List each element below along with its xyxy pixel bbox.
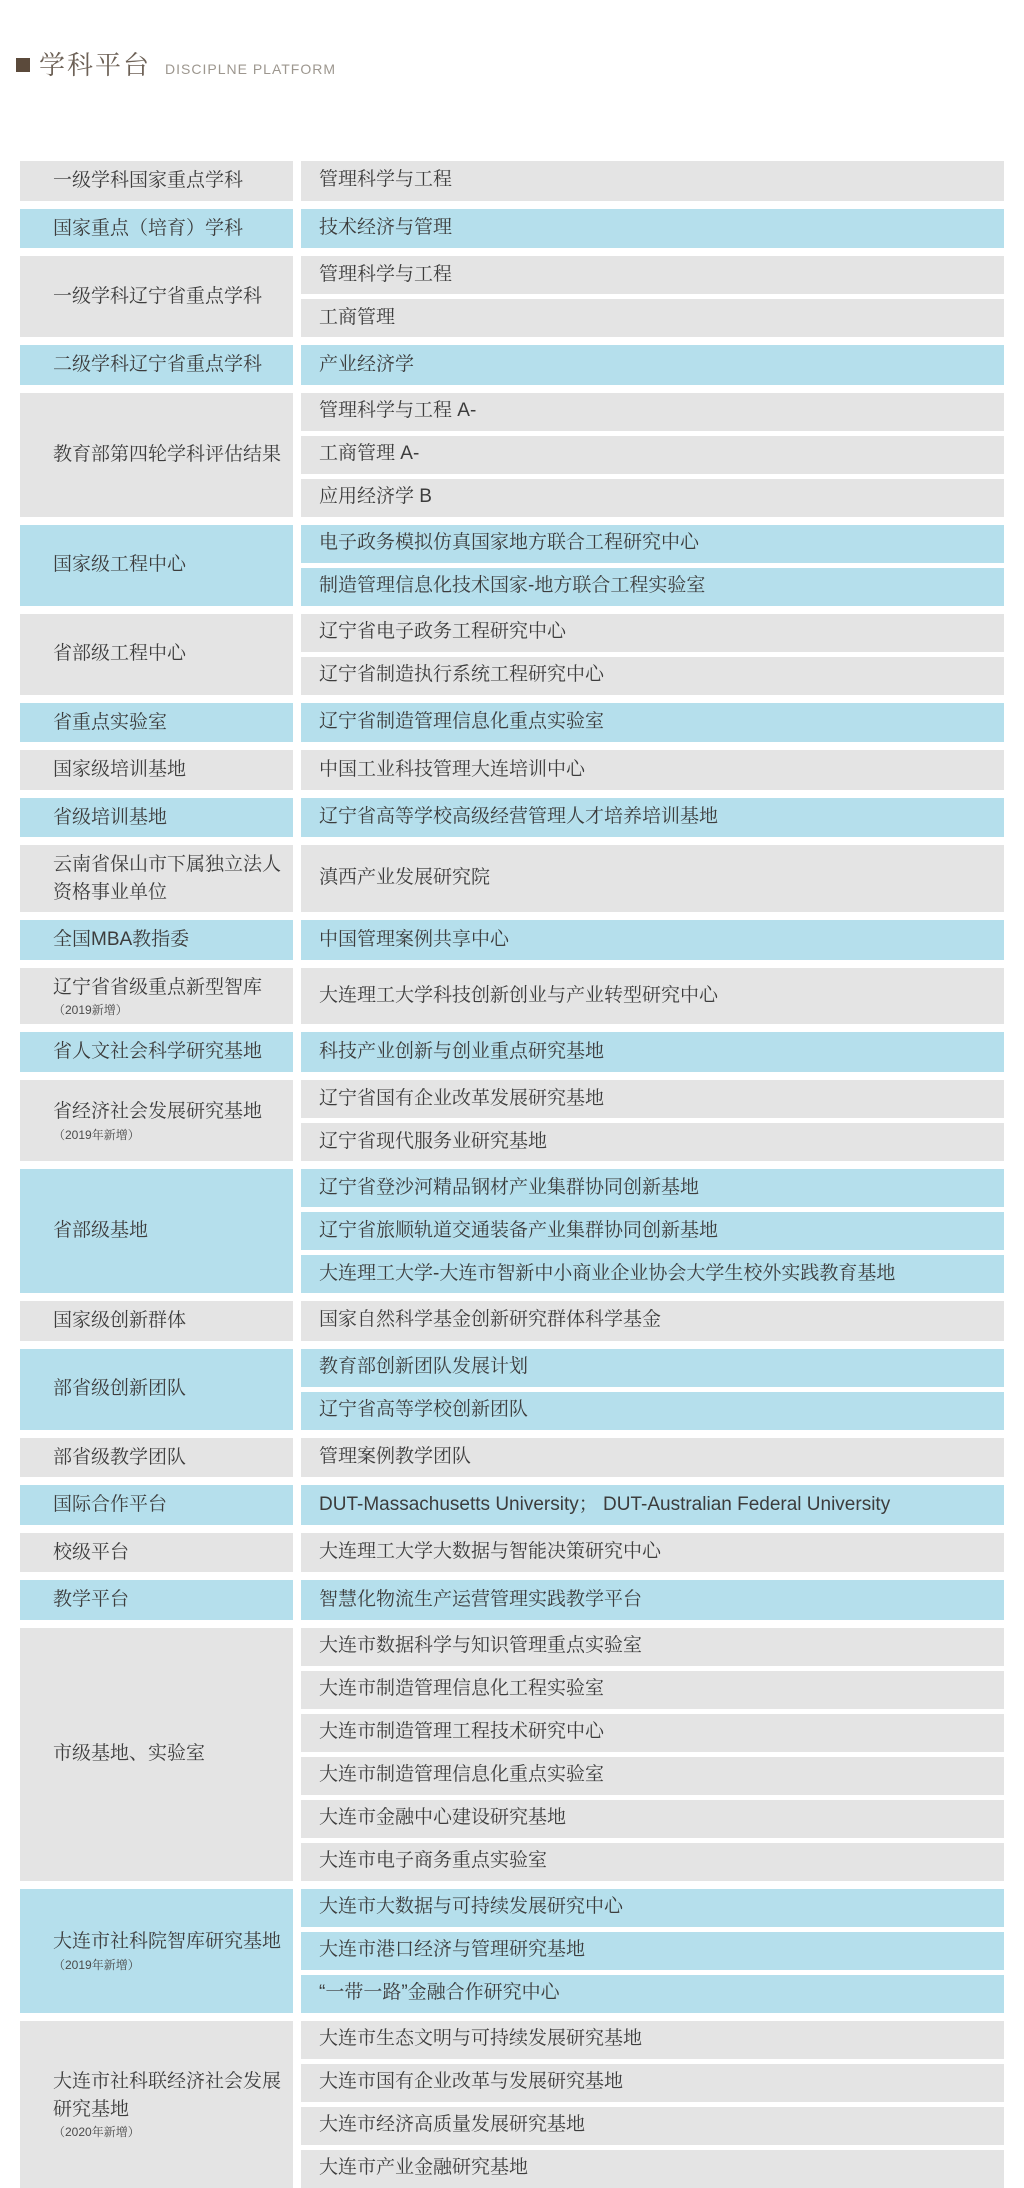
table-row: 省经济社会发展研究基地（2019年新增）辽宁省国有企业改革发展研究基地辽宁省现代… <box>20 1080 1004 1161</box>
row-values: 电子政务模拟仿真国家地方联合工程研究中心制造管理信息化技术国家-地方联合工程实验… <box>301 525 1004 606</box>
table-row: 一级学科国家重点学科管理科学与工程 <box>20 161 1004 201</box>
row-value: 大连理工大学大数据与智能决策研究中心 <box>301 1533 1004 1573</box>
table-row: 辽宁省省级重点新型智库（2019新增）大连理工大学科技创新创业与产业转型研究中心 <box>20 968 1004 1025</box>
row-label-text: 省部级基地 <box>53 1217 283 1245</box>
row-label: 二级学科辽宁省重点学科 <box>20 345 293 385</box>
row-value: 大连市数据科学与知识管理重点实验室 <box>301 1628 1004 1666</box>
row-values: 辽宁省高等学校高级经营管理人才培养培训基地 <box>301 798 1004 838</box>
row-value: 管理科学与工程 <box>301 161 1004 201</box>
row-label: 国家级培训基地 <box>20 750 293 790</box>
row-value: “一带一路”金融合作研究中心 <box>301 1975 1004 2013</box>
row-label-text: 国家级工程中心 <box>53 551 283 579</box>
row-label-note: （2019新增） <box>53 1003 283 1018</box>
row-values: 中国管理案例共享中心 <box>301 920 1004 960</box>
row-value: 制造管理信息化技术国家-地方联合工程实验室 <box>301 568 1004 606</box>
row-values: 技术经济与管理 <box>301 209 1004 249</box>
row-values: 大连市大数据与可持续发展研究中心大连市港口经济与管理研究基地“一带一路”金融合作… <box>301 1889 1004 2013</box>
row-value: 工商管理 <box>301 299 1004 337</box>
row-value: 大连市经济高质量发展研究基地 <box>301 2107 1004 2145</box>
row-value: 国家自然科学基金创新研究群体科学基金 <box>301 1301 1004 1341</box>
row-values: 辽宁省国有企业改革发展研究基地辽宁省现代服务业研究基地 <box>301 1080 1004 1161</box>
row-value: 大连市港口经济与管理研究基地 <box>301 1932 1004 1970</box>
table-row: 二级学科辽宁省重点学科产业经济学 <box>20 345 1004 385</box>
row-values: 辽宁省制造管理信息化重点实验室 <box>301 703 1004 743</box>
row-label: 省级培训基地 <box>20 798 293 838</box>
row-value: 管理科学与工程 <box>301 256 1004 294</box>
discipline-platform-table: 一级学科国家重点学科管理科学与工程国家重点（培育）学科技术经济与管理一级学科辽宁… <box>20 161 1004 2188</box>
row-values: 产业经济学 <box>301 345 1004 385</box>
row-label: 全国MBA教指委 <box>20 920 293 960</box>
row-label-text: 教育部第四轮学科评估结果 <box>53 441 283 469</box>
row-value: 辽宁省现代服务业研究基地 <box>301 1123 1004 1161</box>
row-label-note: （2020年新增） <box>53 2125 283 2140</box>
row-values: 管理案例教学团队 <box>301 1438 1004 1478</box>
row-label: 省经济社会发展研究基地（2019年新增） <box>20 1080 293 1161</box>
table-row: 国家重点（培育）学科技术经济与管理 <box>20 209 1004 249</box>
row-values: 管理科学与工程 <box>301 161 1004 201</box>
row-value: 大连理工大学科技创新创业与产业转型研究中心 <box>301 968 1004 1025</box>
row-label-text: 国际合作平台 <box>53 1491 283 1519</box>
row-label: 部省级教学团队 <box>20 1438 293 1478</box>
row-value: 辽宁省高等学校创新团队 <box>301 1392 1004 1430</box>
row-value: 中国工业科技管理大连培训中心 <box>301 750 1004 790</box>
row-value: 管理案例教学团队 <box>301 1438 1004 1478</box>
row-value: 大连市金融中心建设研究基地 <box>301 1800 1004 1838</box>
row-label-text: 国家级培训基地 <box>53 756 283 784</box>
table-row: 市级基地、实验室大连市数据科学与知识管理重点实验室大连市制造管理信息化工程实验室… <box>20 1628 1004 1881</box>
row-label-text: 大连市社科院智库研究基地 <box>53 1928 283 1956</box>
row-label: 一级学科国家重点学科 <box>20 161 293 201</box>
table-row: 国家级培训基地中国工业科技管理大连培训中心 <box>20 750 1004 790</box>
row-values: DUT-Massachusetts University； DUT-Austra… <box>301 1485 1004 1525</box>
table-row: 教育部第四轮学科评估结果管理科学与工程 A-工商管理 A-应用经济学 B <box>20 393 1004 517</box>
row-value: DUT-Massachusetts University； DUT-Austra… <box>301 1485 1004 1525</box>
row-label: 大连市社科联经济社会发展研究基地（2020年新增） <box>20 2021 293 2188</box>
row-label-text: 省级培训基地 <box>53 804 283 832</box>
table-row: 云南省保山市下属独立法人资格事业单位滇西产业发展研究院 <box>20 845 1004 912</box>
row-label-text: 省部级工程中心 <box>53 640 283 668</box>
row-label: 国家级工程中心 <box>20 525 293 606</box>
row-value: 辽宁省国有企业改革发展研究基地 <box>301 1080 1004 1118</box>
row-value: 应用经济学 B <box>301 479 1004 517</box>
row-label: 校级平台 <box>20 1533 293 1573</box>
row-values: 大连市生态文明与可持续发展研究基地大连市国有企业改革与发展研究基地大连市经济高质… <box>301 2021 1004 2188</box>
row-value: 智慧化物流生产运营管理实践教学平台 <box>301 1580 1004 1620</box>
row-label-note: （2019年新增） <box>53 1128 283 1143</box>
row-label: 省部级工程中心 <box>20 614 293 695</box>
row-value: 大连市电子商务重点实验室 <box>301 1843 1004 1881</box>
row-values: 教育部创新团队发展计划辽宁省高等学校创新团队 <box>301 1349 1004 1430</box>
row-label-text: 教学平台 <box>53 1586 283 1614</box>
table-row: 部省级创新团队教育部创新团队发展计划辽宁省高等学校创新团队 <box>20 1349 1004 1430</box>
row-value: 大连市生态文明与可持续发展研究基地 <box>301 2021 1004 2059</box>
row-label: 大连市社科院智库研究基地（2019年新增） <box>20 1889 293 2013</box>
row-label: 国家级创新群体 <box>20 1301 293 1341</box>
row-label: 教育部第四轮学科评估结果 <box>20 393 293 517</box>
table-row: 全国MBA教指委中国管理案例共享中心 <box>20 920 1004 960</box>
row-values: 辽宁省登沙河精品钢材产业集群协同创新基地辽宁省旅顺轨道交通装备产业集群协同创新基… <box>301 1169 1004 1293</box>
row-label-text: 辽宁省省级重点新型智库 <box>53 974 283 1002</box>
row-values: 大连理工大学科技创新创业与产业转型研究中心 <box>301 968 1004 1025</box>
row-label: 省人文社会科学研究基地 <box>20 1032 293 1072</box>
row-values: 科技产业创新与创业重点研究基地 <box>301 1032 1004 1072</box>
table-row: 国家级工程中心电子政务模拟仿真国家地方联合工程研究中心制造管理信息化技术国家-地… <box>20 525 1004 606</box>
row-label-text: 云南省保山市下属独立法人资格事业单位 <box>53 851 283 906</box>
row-values: 管理科学与工程 A-工商管理 A-应用经济学 B <box>301 393 1004 517</box>
row-label: 国际合作平台 <box>20 1485 293 1525</box>
row-label: 部省级创新团队 <box>20 1349 293 1430</box>
row-label-text: 部省级教学团队 <box>53 1444 283 1472</box>
row-label-text: 一级学科辽宁省重点学科 <box>53 283 283 311</box>
table-row: 国际合作平台DUT-Massachusetts University； DUT-… <box>20 1485 1004 1525</box>
row-values: 大连市数据科学与知识管理重点实验室大连市制造管理信息化工程实验室大连市制造管理工… <box>301 1628 1004 1881</box>
row-value: 教育部创新团队发展计划 <box>301 1349 1004 1387</box>
row-label: 教学平台 <box>20 1580 293 1620</box>
row-label-text: 二级学科辽宁省重点学科 <box>53 351 283 379</box>
table-row: 大连市社科院智库研究基地（2019年新增）大连市大数据与可持续发展研究中心大连市… <box>20 1889 1004 2013</box>
row-value: 滇西产业发展研究院 <box>301 845 1004 912</box>
row-value: 辽宁省登沙河精品钢材产业集群协同创新基地 <box>301 1169 1004 1207</box>
row-value: 电子政务模拟仿真国家地方联合工程研究中心 <box>301 525 1004 563</box>
row-value: 辽宁省电子政务工程研究中心 <box>301 614 1004 652</box>
row-label-text: 部省级创新团队 <box>53 1375 283 1403</box>
row-label-text: 省经济社会发展研究基地 <box>53 1098 283 1126</box>
row-label-text: 国家重点（培育）学科 <box>53 215 283 243</box>
table-row: 省级培训基地辽宁省高等学校高级经营管理人才培养培训基地 <box>20 798 1004 838</box>
row-value: 大连市国有企业改革与发展研究基地 <box>301 2064 1004 2102</box>
row-value: 大连市大数据与可持续发展研究中心 <box>301 1889 1004 1927</box>
row-label-text: 校级平台 <box>53 1539 283 1567</box>
row-label-text: 市级基地、实验室 <box>53 1740 283 1768</box>
row-values: 滇西产业发展研究院 <box>301 845 1004 912</box>
table-row: 校级平台大连理工大学大数据与智能决策研究中心 <box>20 1533 1004 1573</box>
row-value: 辽宁省制造管理信息化重点实验室 <box>301 703 1004 743</box>
row-values: 智慧化物流生产运营管理实践教学平台 <box>301 1580 1004 1620</box>
table-row: 教学平台智慧化物流生产运营管理实践教学平台 <box>20 1580 1004 1620</box>
row-values: 中国工业科技管理大连培训中心 <box>301 750 1004 790</box>
row-values: 大连理工大学大数据与智能决策研究中心 <box>301 1533 1004 1573</box>
row-value: 大连理工大学-大连市智新中小商业企业协会大学生校外实践教育基地 <box>301 1255 1004 1293</box>
section-bullet-icon <box>16 58 30 72</box>
row-value: 管理科学与工程 A- <box>301 393 1004 431</box>
table-row: 一级学科辽宁省重点学科管理科学与工程工商管理 <box>20 256 1004 337</box>
row-label: 辽宁省省级重点新型智库（2019新增） <box>20 968 293 1025</box>
row-label-text: 省人文社会科学研究基地 <box>53 1038 283 1066</box>
row-value: 辽宁省高等学校高级经营管理人才培养培训基地 <box>301 798 1004 838</box>
row-label-note: （2019年新增） <box>53 1958 283 1973</box>
section-title: 学科平台 DISCIPLNE PLATFORM <box>16 52 336 78</box>
row-value: 辽宁省制造执行系统工程研究中心 <box>301 657 1004 695</box>
table-row: 省重点实验室辽宁省制造管理信息化重点实验室 <box>20 703 1004 743</box>
table-row: 省人文社会科学研究基地科技产业创新与创业重点研究基地 <box>20 1032 1004 1072</box>
row-value: 大连市制造管理信息化工程实验室 <box>301 1671 1004 1709</box>
section-title-zh: 学科平台 <box>39 52 151 78</box>
row-value: 大连市制造管理工程技术研究中心 <box>301 1714 1004 1752</box>
table-row: 省部级基地辽宁省登沙河精品钢材产业集群协同创新基地辽宁省旅顺轨道交通装备产业集群… <box>20 1169 1004 1293</box>
row-label: 国家重点（培育）学科 <box>20 209 293 249</box>
row-values: 管理科学与工程工商管理 <box>301 256 1004 337</box>
row-value: 中国管理案例共享中心 <box>301 920 1004 960</box>
row-values: 辽宁省电子政务工程研究中心辽宁省制造执行系统工程研究中心 <box>301 614 1004 695</box>
table-row: 部省级教学团队管理案例教学团队 <box>20 1438 1004 1478</box>
row-label: 市级基地、实验室 <box>20 1628 293 1881</box>
row-label: 省重点实验室 <box>20 703 293 743</box>
row-label: 一级学科辽宁省重点学科 <box>20 256 293 337</box>
row-label-text: 一级学科国家重点学科 <box>53 167 283 195</box>
row-value: 大连市产业金融研究基地 <box>301 2150 1004 2188</box>
table-row: 省部级工程中心辽宁省电子政务工程研究中心辽宁省制造执行系统工程研究中心 <box>20 614 1004 695</box>
row-values: 国家自然科学基金创新研究群体科学基金 <box>301 1301 1004 1341</box>
row-value: 产业经济学 <box>301 345 1004 385</box>
table-row: 国家级创新群体国家自然科学基金创新研究群体科学基金 <box>20 1301 1004 1341</box>
row-value: 技术经济与管理 <box>301 209 1004 249</box>
section-title-en: DISCIPLNE PLATFORM <box>165 62 336 76</box>
row-label-text: 全国MBA教指委 <box>53 926 283 954</box>
table-row: 大连市社科联经济社会发展研究基地（2020年新增）大连市生态文明与可持续发展研究… <box>20 2021 1004 2188</box>
row-value: 大连市制造管理信息化重点实验室 <box>301 1757 1004 1795</box>
row-label-text: 大连市社科联经济社会发展研究基地 <box>53 2068 283 2123</box>
row-label-text: 省重点实验室 <box>53 709 283 737</box>
row-value: 工商管理 A- <box>301 436 1004 474</box>
row-label-text: 国家级创新群体 <box>53 1307 283 1335</box>
row-value: 科技产业创新与创业重点研究基地 <box>301 1032 1004 1072</box>
row-label: 云南省保山市下属独立法人资格事业单位 <box>20 845 293 912</box>
row-value: 辽宁省旅顺轨道交通装备产业集群协同创新基地 <box>301 1212 1004 1250</box>
row-label: 省部级基地 <box>20 1169 293 1293</box>
